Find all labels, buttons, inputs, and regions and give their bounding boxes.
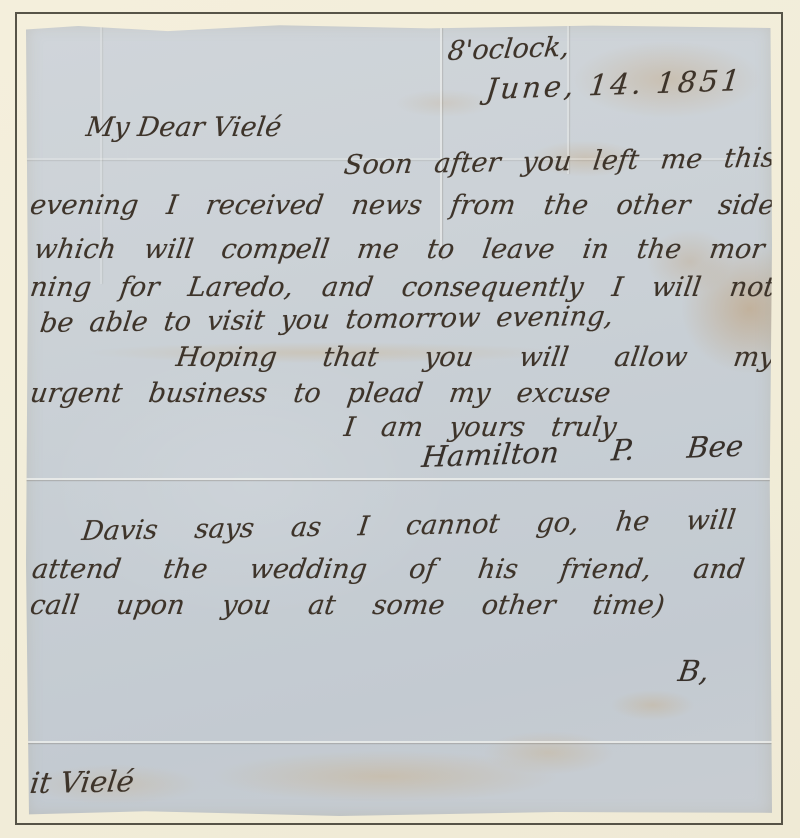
fold-crease-horizontal-2 <box>26 741 772 743</box>
body-line-4: ning for Laredo, and consequently I will… <box>28 272 777 304</box>
body-line-7: urgent business to plead my excuse <box>28 378 613 410</box>
body-line-3: which will compell me to leave in the mo… <box>32 234 767 266</box>
heading-date: June, 14. 1851 <box>484 63 745 107</box>
body-line-5: be able to visit you tomorrow evening, <box>38 301 615 340</box>
postscript-line-3: call upon you at some other time) <box>28 590 667 622</box>
postscript-line-1: Davis says as I cannot go, he will <box>80 505 737 549</box>
body-line-1: Soon after you left me this <box>342 143 777 183</box>
postscript-line-2: attend the wedding of his friend, and <box>30 554 747 586</box>
fold-crease-horizontal-1 <box>26 478 772 480</box>
fold-crease-vertical-1 <box>440 24 442 260</box>
salutation: My Dear Vielé <box>84 112 284 144</box>
body-line-2: evening I received news from the other s… <box>28 190 777 222</box>
scan-background: 8'oclock, June, 14. 1851 My Dear Vielé S… <box>0 0 800 838</box>
postscript-initial: B, <box>676 654 711 689</box>
body-line-6: Hoping that you will allow my <box>174 342 777 374</box>
docket-text: it Vielé <box>28 764 136 801</box>
heading-time: 8'oclock, <box>446 32 571 69</box>
letter-paper: 8'oclock, June, 14. 1851 My Dear Vielé S… <box>26 24 772 816</box>
